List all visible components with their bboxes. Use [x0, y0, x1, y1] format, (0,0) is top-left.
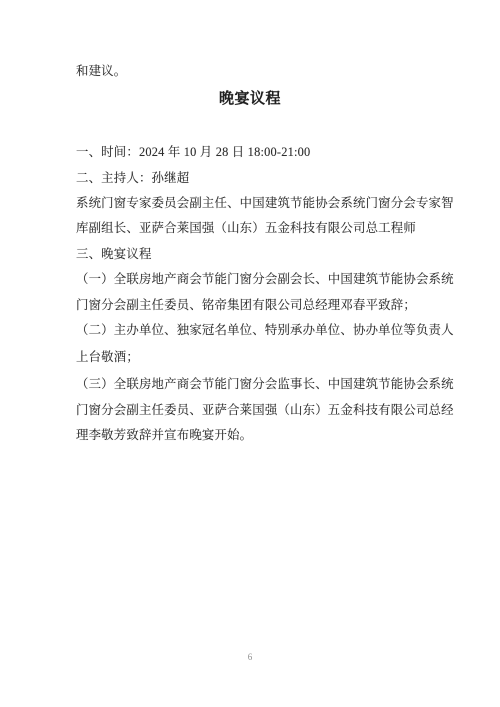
page-title: 晚宴议程 [0, 92, 500, 107]
document-page: 和建议。 晚宴议程 一、时间：2024 年 10 月 28 日 18:00-21… [0, 0, 500, 707]
agenda-item-2-line-2: 上台敬酒； [76, 351, 445, 363]
agenda-item-1-line-1: （一）全联房地产商会节能门窗分会副会长、中国建筑节能协会系统 [76, 273, 445, 285]
agenda-item-2-line-1: （二）主办单位、独家冠名单位、特别承办单位、协办单位等负责人 [76, 324, 445, 336]
agenda-item-3-line-1: （三）全联房地产商会节能门窗分会监事长、中国建筑节能协会系统 [76, 378, 445, 390]
agenda-item-1-line-2: 门窗分会副主任委员、铭帝集团有限公司总经理邓春平致辞； [76, 299, 445, 311]
agenda-time-line: 一、时间：2024 年 10 月 28 日 18:00-21:00 [76, 146, 445, 158]
prev-paragraph-end: 和建议。 [76, 65, 445, 77]
agenda-item-3-line-2: 门窗分会副主任委员、亚萨合莱国强（山东）五金科技有限公司总经 [76, 404, 445, 416]
host-title-line-1: 系统门窗专家委员会副主任、中国建筑节能协会系统门窗分会专家智 [76, 197, 445, 209]
page-number: 6 [0, 653, 500, 662]
agenda-item-3-line-3: 理李敬芳致辞并宣布晚宴开始。 [76, 429, 445, 441]
host-title-line-2: 库副组长、亚萨合莱国强（山东）五金科技有限公司总工程师 [76, 222, 445, 234]
agenda-section-heading: 三、晚宴议程 [76, 248, 445, 260]
agenda-host-line: 二、主持人：孙继超 [76, 172, 445, 184]
